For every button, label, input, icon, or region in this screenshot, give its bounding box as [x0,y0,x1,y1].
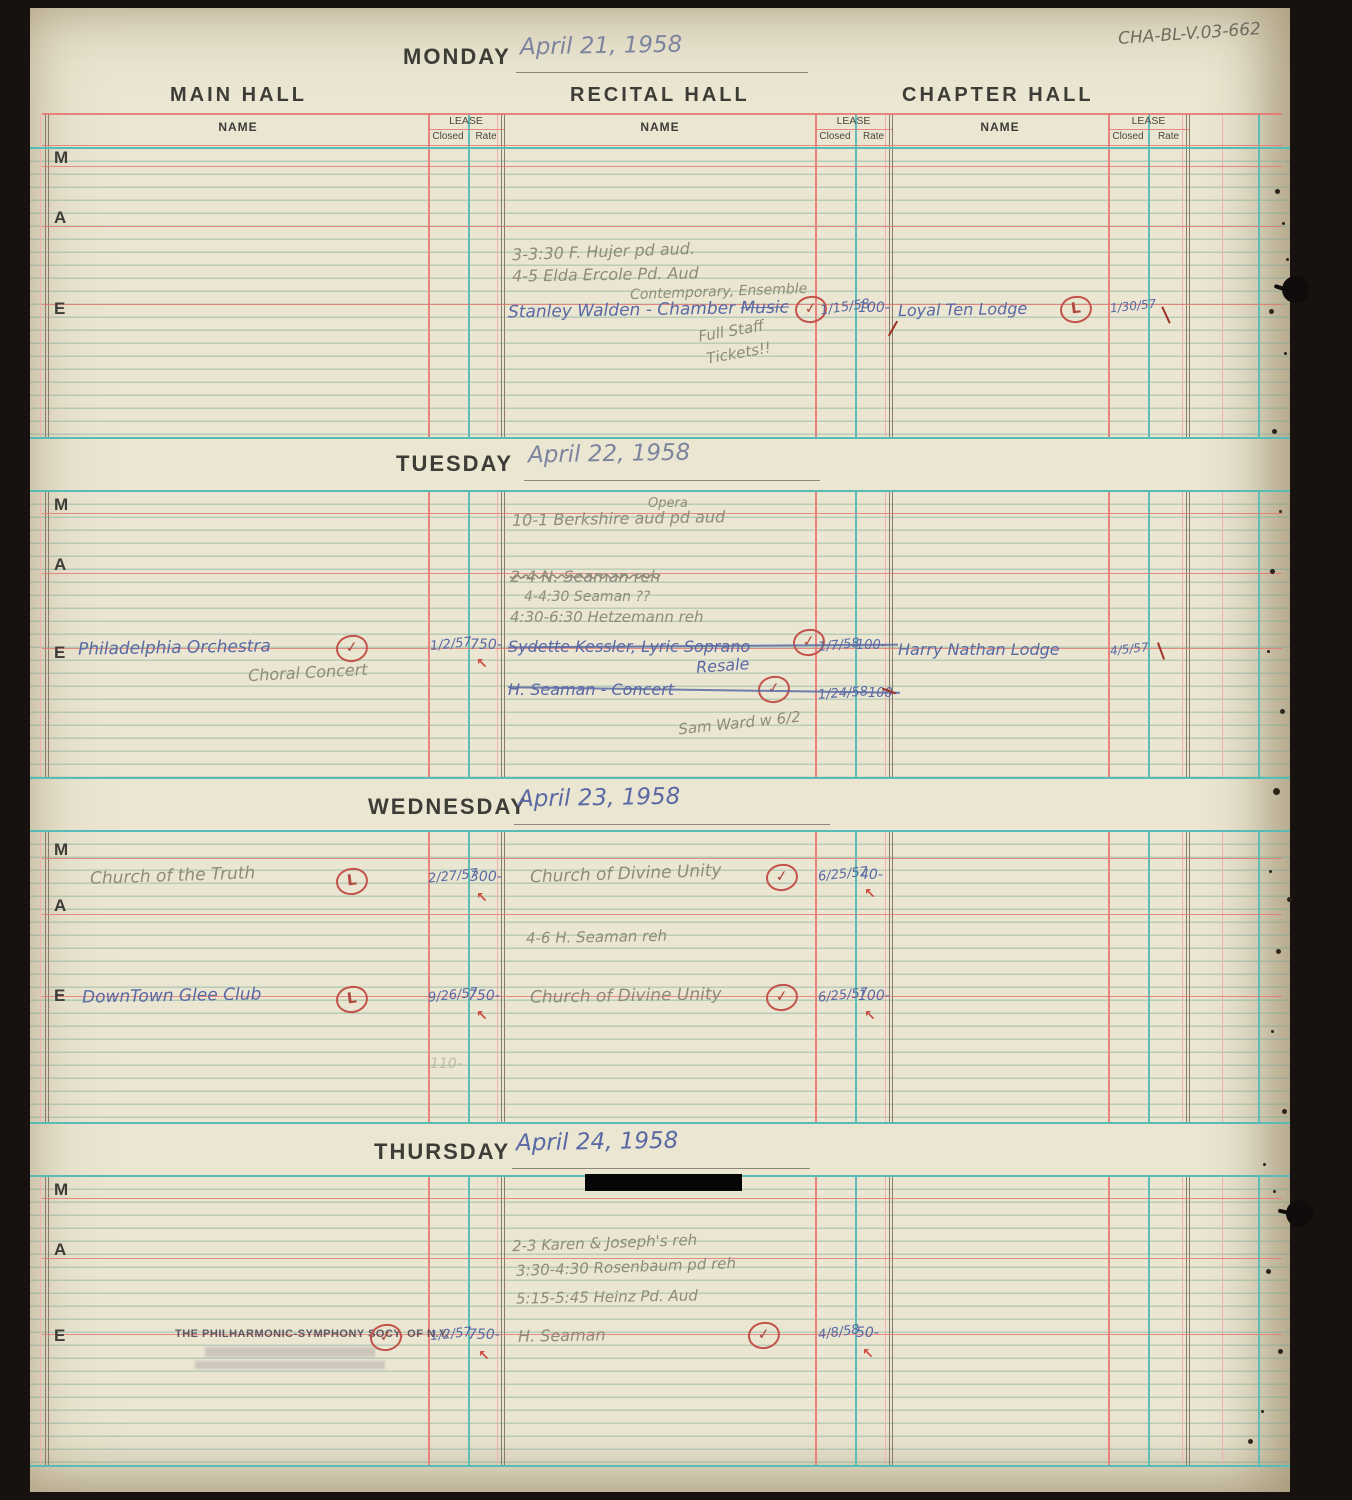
lease-rate: 50- [856,1325,879,1341]
row-label-m: M [54,1180,68,1200]
day-label-tuesday: TUESDAY [396,451,513,477]
column-header-closed-main: Closed [428,131,468,142]
column-header-closed-recital: Closed [815,131,855,142]
column-header-rate-chapter: Rate [1148,131,1189,142]
struck-word: Music [740,298,789,319]
lease-rate: 750- [468,988,500,1004]
red-arrow-mark: ↖ [478,1348,490,1364]
column-header-name-main: NAME [48,120,428,134]
redaction-bar [585,1174,742,1191]
row-label-m: M [54,148,68,168]
lease-divider [428,129,504,130]
hall-title-recital: RECITAL HALL [570,84,750,107]
lease-divider [1108,129,1189,130]
handwritten-note: 5:15-5:45 Heinz Pd. Aud [516,1286,698,1307]
lease-rate: 750- [470,637,502,653]
day-label-thursday: THURSDAY [374,1139,510,1165]
struck-note: 2-4 N. Seaman reh [510,567,660,586]
red-arrow-mark: ↖ [862,1346,874,1362]
day-label-monday: MONDAY [403,44,511,70]
tuesday-grid [30,490,1290,779]
lease-rate: 750- [468,1327,500,1343]
handwritten-note: 10-1 Berkshire aud pd aud [512,507,725,530]
column-header-lease-recital: LEASE [815,115,892,127]
row-label-e: E [54,643,65,663]
reference-number: CHA-BL-V.03-662 [1117,19,1261,49]
red-arrow-mark: ↖ [476,890,488,906]
stamp-philharmonic: THE PHILHARMONIC-SYMPHONY SOCY. OF N.Y. [175,1328,449,1340]
day-date-monday: April 21, 1958 [520,32,683,61]
red-arrow-mark: ↖ [476,1008,488,1024]
day-date-thursday: April 24, 1958 [516,1128,679,1157]
row-label-a: A [54,896,66,916]
faint-note: 110- [430,1056,462,1072]
handwritten-note: 4-5 Elda Ercole Pd. Aud [512,263,699,285]
row-label-a: A [54,208,66,228]
hall-title-chapter: CHAPTER HALL [902,84,1094,107]
day-date-tuesday: April 22, 1958 [528,440,691,469]
entry-name: H. Seaman [518,1325,606,1346]
column-header-closed-chapter: Closed [1108,131,1148,142]
scanned-ledger-image: CHA-BL-V.03-662 MONDAY April 21, 1958 MA… [0,0,1352,1500]
red-arrow-mark: ↖ [476,656,488,672]
handwritten-note: 4-6 H. Seaman reh [526,927,667,947]
entry-name: Church of Divine Unity [530,984,722,1007]
date-underline [512,1168,810,1169]
header-rule [42,113,1282,115]
day-label-wednesday: WEDNESDAY [368,794,527,820]
row-label-e: E [54,1326,65,1346]
date-underline [524,480,820,481]
red-arrow-mark: ↖ [864,886,876,902]
ink-speckles [30,8,33,11]
header-rule [42,145,1282,146]
lease-rate: 40- [860,867,883,883]
column-header-lease-chapter: LEASE [1108,115,1189,127]
handwritten-note: 4:30-6:30 Hetzemann reh [510,608,704,626]
column-header-name-chapter: NAME [892,120,1108,134]
thursday-grid [30,1175,1290,1467]
row-label-e: E [54,299,65,319]
hall-title-main: MAIN HALL [170,84,307,107]
column-header-lease-main: LEASE [428,115,504,127]
entry-name: DownTown Glee Club [82,984,262,1007]
lease-divider [815,129,892,130]
date-underline [516,72,808,73]
row-label-a: A [54,1240,66,1260]
row-label-m: M [54,840,68,860]
handwritten-note: Resale [695,654,750,677]
row-label-a: A [54,555,66,575]
entry-name: Harry Nathan Lodge [898,640,1060,659]
day-date-wednesday: April 23, 1958 [518,784,681,813]
entry-name: Philadelphia Orchestra [78,636,271,659]
faded-stamp [195,1361,385,1369]
column-header-name-recital: NAME [505,120,815,134]
lease-rate: 100- [858,988,890,1004]
row-label-m: M [54,495,68,515]
date-underline [514,824,830,825]
column-header-rate-recital: Rate [855,131,892,142]
ledger-page: CHA-BL-V.03-662 MONDAY April 21, 1958 MA… [30,8,1290,1492]
entry-name: Loyal Ten Lodge [898,299,1028,320]
lease-rate: 300- [470,869,502,885]
lease-rate: 100- [858,300,890,316]
column-header-rate-main: Rate [468,131,504,142]
row-label-e: E [54,986,65,1006]
handwritten-note: 4-4:30 Seaman ?? [524,589,650,605]
red-arrow-mark: ↖ [864,1008,876,1024]
faded-stamp [205,1347,375,1357]
